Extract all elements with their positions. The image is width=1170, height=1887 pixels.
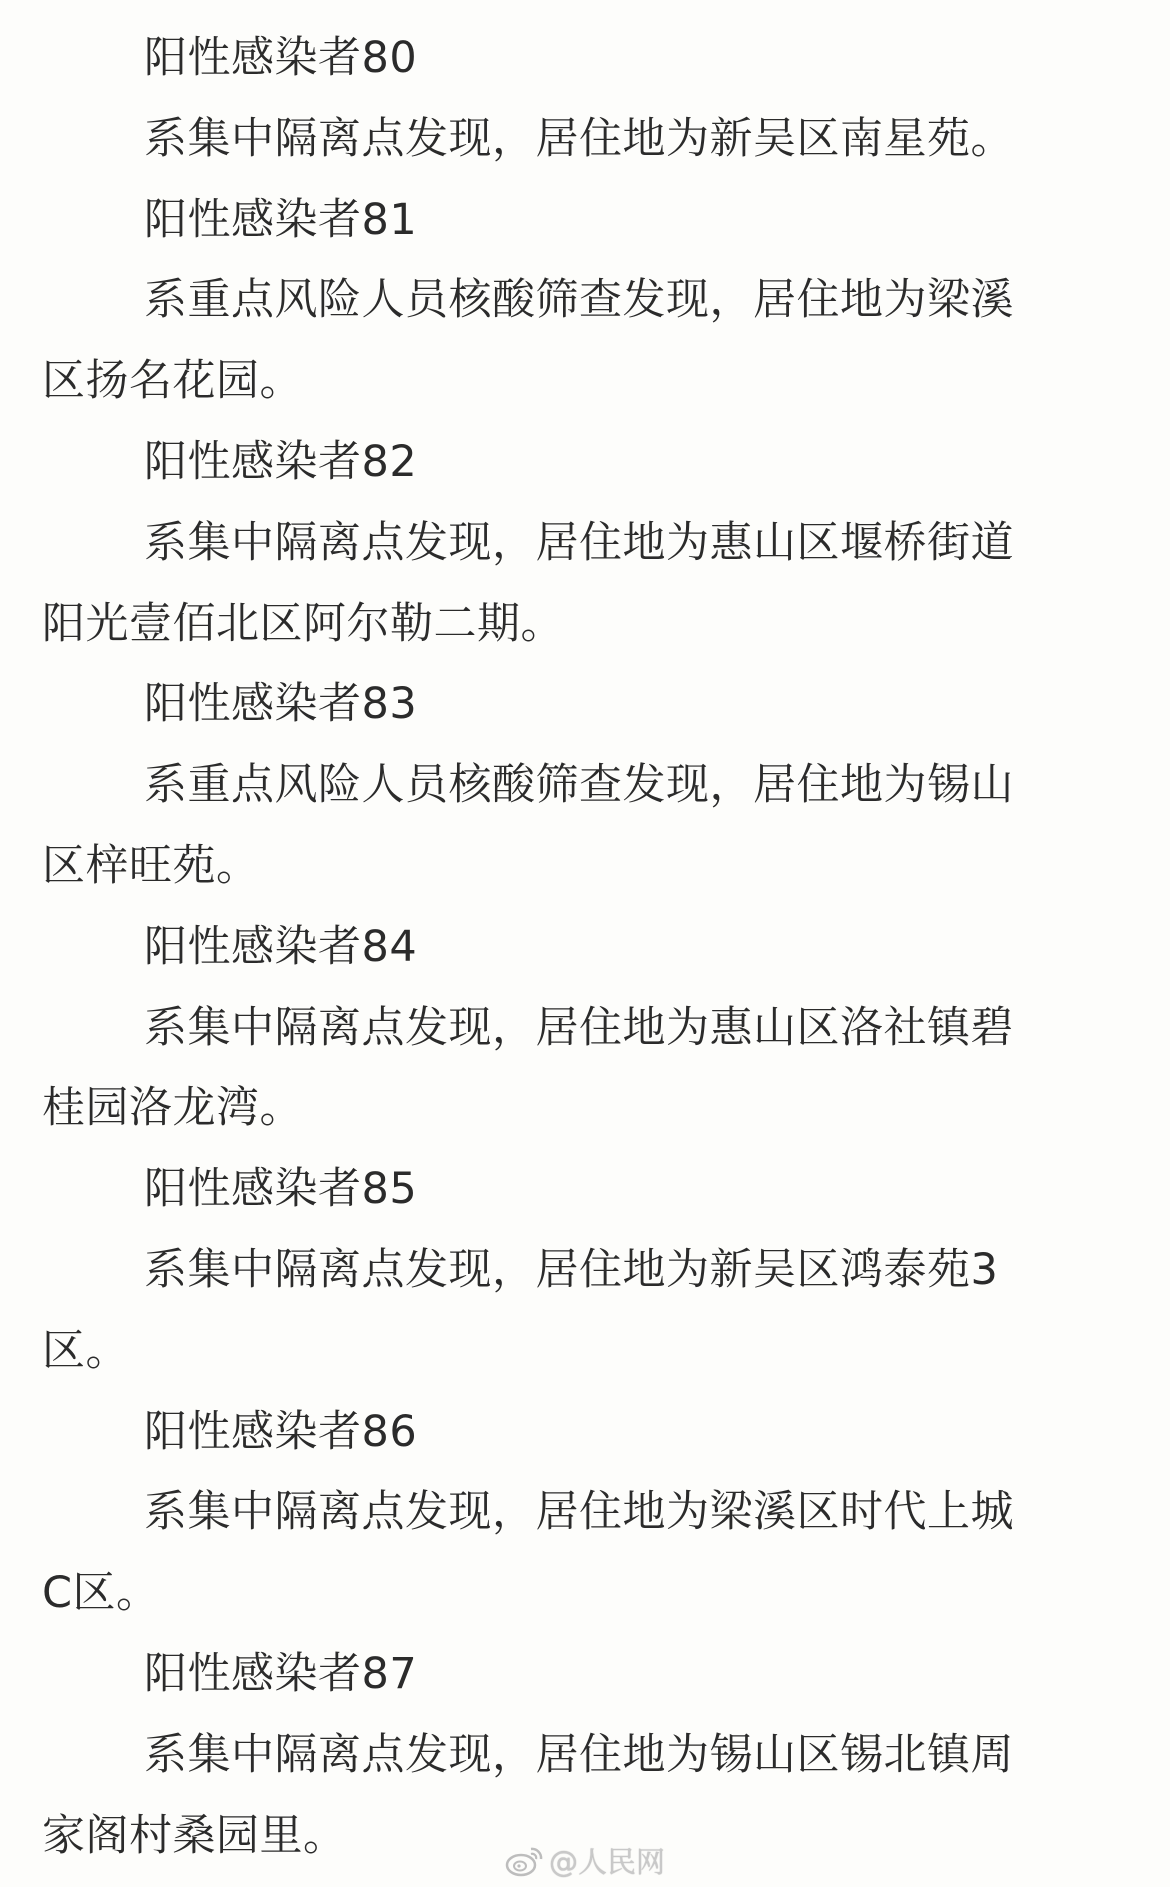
case-heading: 阳性感染者86 bbox=[42, 1392, 1128, 1473]
watermark-text: @人民网 bbox=[549, 1840, 665, 1881]
document-body: 阳性感染者80 系集中隔离点发现，居住地为新吴区南星苑。 阳性感染者81 系重点… bbox=[42, 18, 1128, 1876]
case-detail: 系集中隔离点发现，居住地为梁溪区时代上城 bbox=[42, 1472, 1128, 1553]
case-heading: 阳性感染者81 bbox=[42, 180, 1128, 261]
case-detail: 系集中隔离点发现，居住地为惠山区洛社镇碧 bbox=[42, 988, 1128, 1069]
watermark: @人民网 bbox=[505, 1840, 665, 1881]
case-detail-continuation: 区梓旺苑。 bbox=[42, 826, 1128, 907]
case-heading: 阳性感染者84 bbox=[42, 907, 1128, 988]
case-detail-continuation: 区。 bbox=[42, 1311, 1128, 1392]
case-heading: 阳性感染者82 bbox=[42, 422, 1128, 503]
case-detail-continuation: C区。 bbox=[42, 1553, 1128, 1634]
case-detail-continuation: 区扬名花园。 bbox=[42, 341, 1128, 422]
case-detail: 系重点风险人员核酸筛查发现，居住地为梁溪 bbox=[42, 260, 1128, 341]
case-detail: 系集中隔离点发现，居住地为新吴区南星苑。 bbox=[42, 99, 1128, 180]
case-detail-continuation: 阳光壹佰北区阿尔勒二期。 bbox=[42, 584, 1128, 665]
weibo-icon bbox=[505, 1844, 545, 1878]
case-heading: 阳性感染者87 bbox=[42, 1634, 1128, 1715]
case-heading: 阳性感染者83 bbox=[42, 664, 1128, 745]
case-detail: 系集中隔离点发现，居住地为锡山区锡北镇周 bbox=[42, 1715, 1128, 1796]
case-detail: 系集中隔离点发现，居住地为新吴区鸿泰苑3 bbox=[42, 1230, 1128, 1311]
case-heading: 阳性感染者85 bbox=[42, 1149, 1128, 1230]
case-detail: 系集中隔离点发现，居住地为惠山区堰桥街道 bbox=[42, 503, 1128, 584]
case-detail: 系重点风险人员核酸筛查发现，居住地为锡山 bbox=[42, 745, 1128, 826]
case-heading: 阳性感染者80 bbox=[42, 18, 1128, 99]
case-detail-continuation: 桂园洛龙湾。 bbox=[42, 1068, 1128, 1149]
